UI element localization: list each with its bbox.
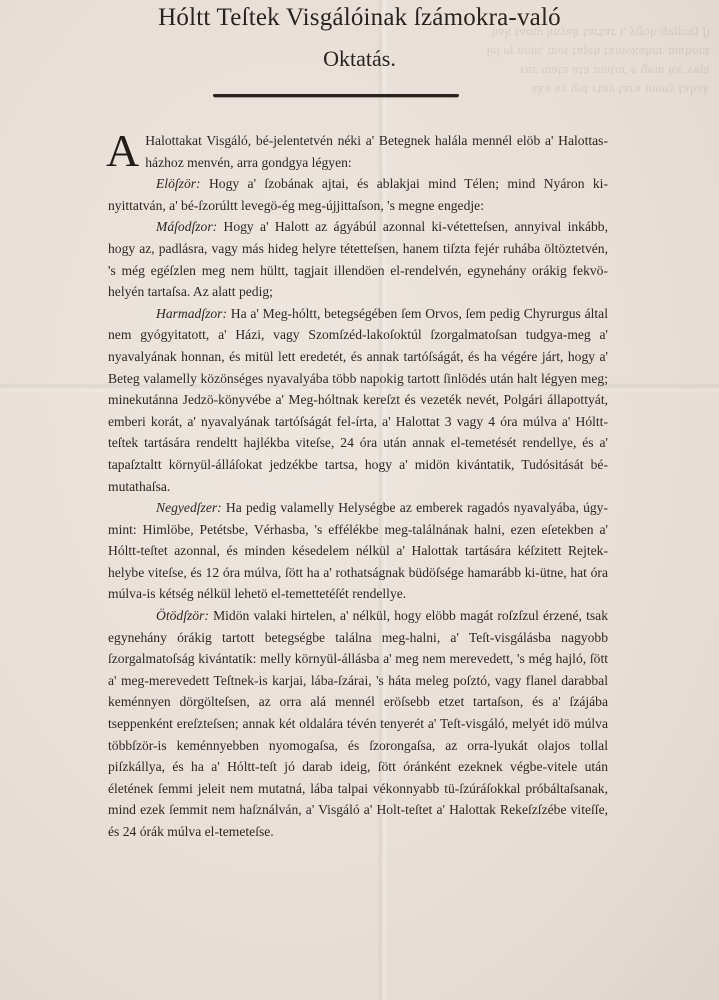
section-label: Máſodſzor:	[156, 219, 217, 234]
intro-paragraph: A Halottakat Visgáló, bé-jelentetvén nék…	[108, 130, 608, 173]
section-second: Máſodſzor: Hogy a' Halott az ágyábúl azo…	[108, 216, 608, 302]
document-subtitle: Oktatás.	[0, 46, 719, 72]
document-title: Hóltt Teſtek Visgálóinak ſzámokra-való	[0, 4, 719, 32]
section-label: Negyedſzer:	[156, 500, 222, 515]
section-text: Ha a' Meg-hóltt, betegségében ſem Orvos,…	[108, 306, 608, 494]
show-through-text: ıJ ſaıdlaƃ ɥoƃʎ 'ı ɹɐʇɹɐʇ ʞɐʎuɥ ʎɯɐʇ ʞɐɥ…	[420, 22, 710, 142]
intro-text: Halottakat Visgáló, bé-jelentetvén néki …	[145, 133, 608, 170]
section-label: Harmadſzor:	[156, 306, 227, 321]
section-label: Elöſzör:	[156, 176, 201, 191]
title-divider	[213, 94, 459, 97]
section-fifth: Ötödſzör: Midön valaki hirtelen, a' nélk…	[108, 605, 608, 843]
section-text: Midön valaki hirtelen, a' nélkül, hogy e…	[108, 608, 608, 839]
section-third: Harmadſzor: Ha a' Meg-hóltt, betegségébe…	[108, 303, 608, 497]
section-fourth: Negyedſzer: Ha pedig valamelly Helységbe…	[108, 497, 608, 605]
section-label: Ötödſzör:	[156, 608, 209, 623]
drop-cap: A	[106, 132, 139, 170]
document-body: A Halottakat Visgáló, bé-jelentetvén nék…	[108, 130, 608, 843]
section-first: Elöſzör: Hogy a' ſzobának ajtai, és abla…	[108, 173, 608, 216]
section-text: Ha pedig valamelly Helységbe az emberek …	[108, 500, 608, 601]
